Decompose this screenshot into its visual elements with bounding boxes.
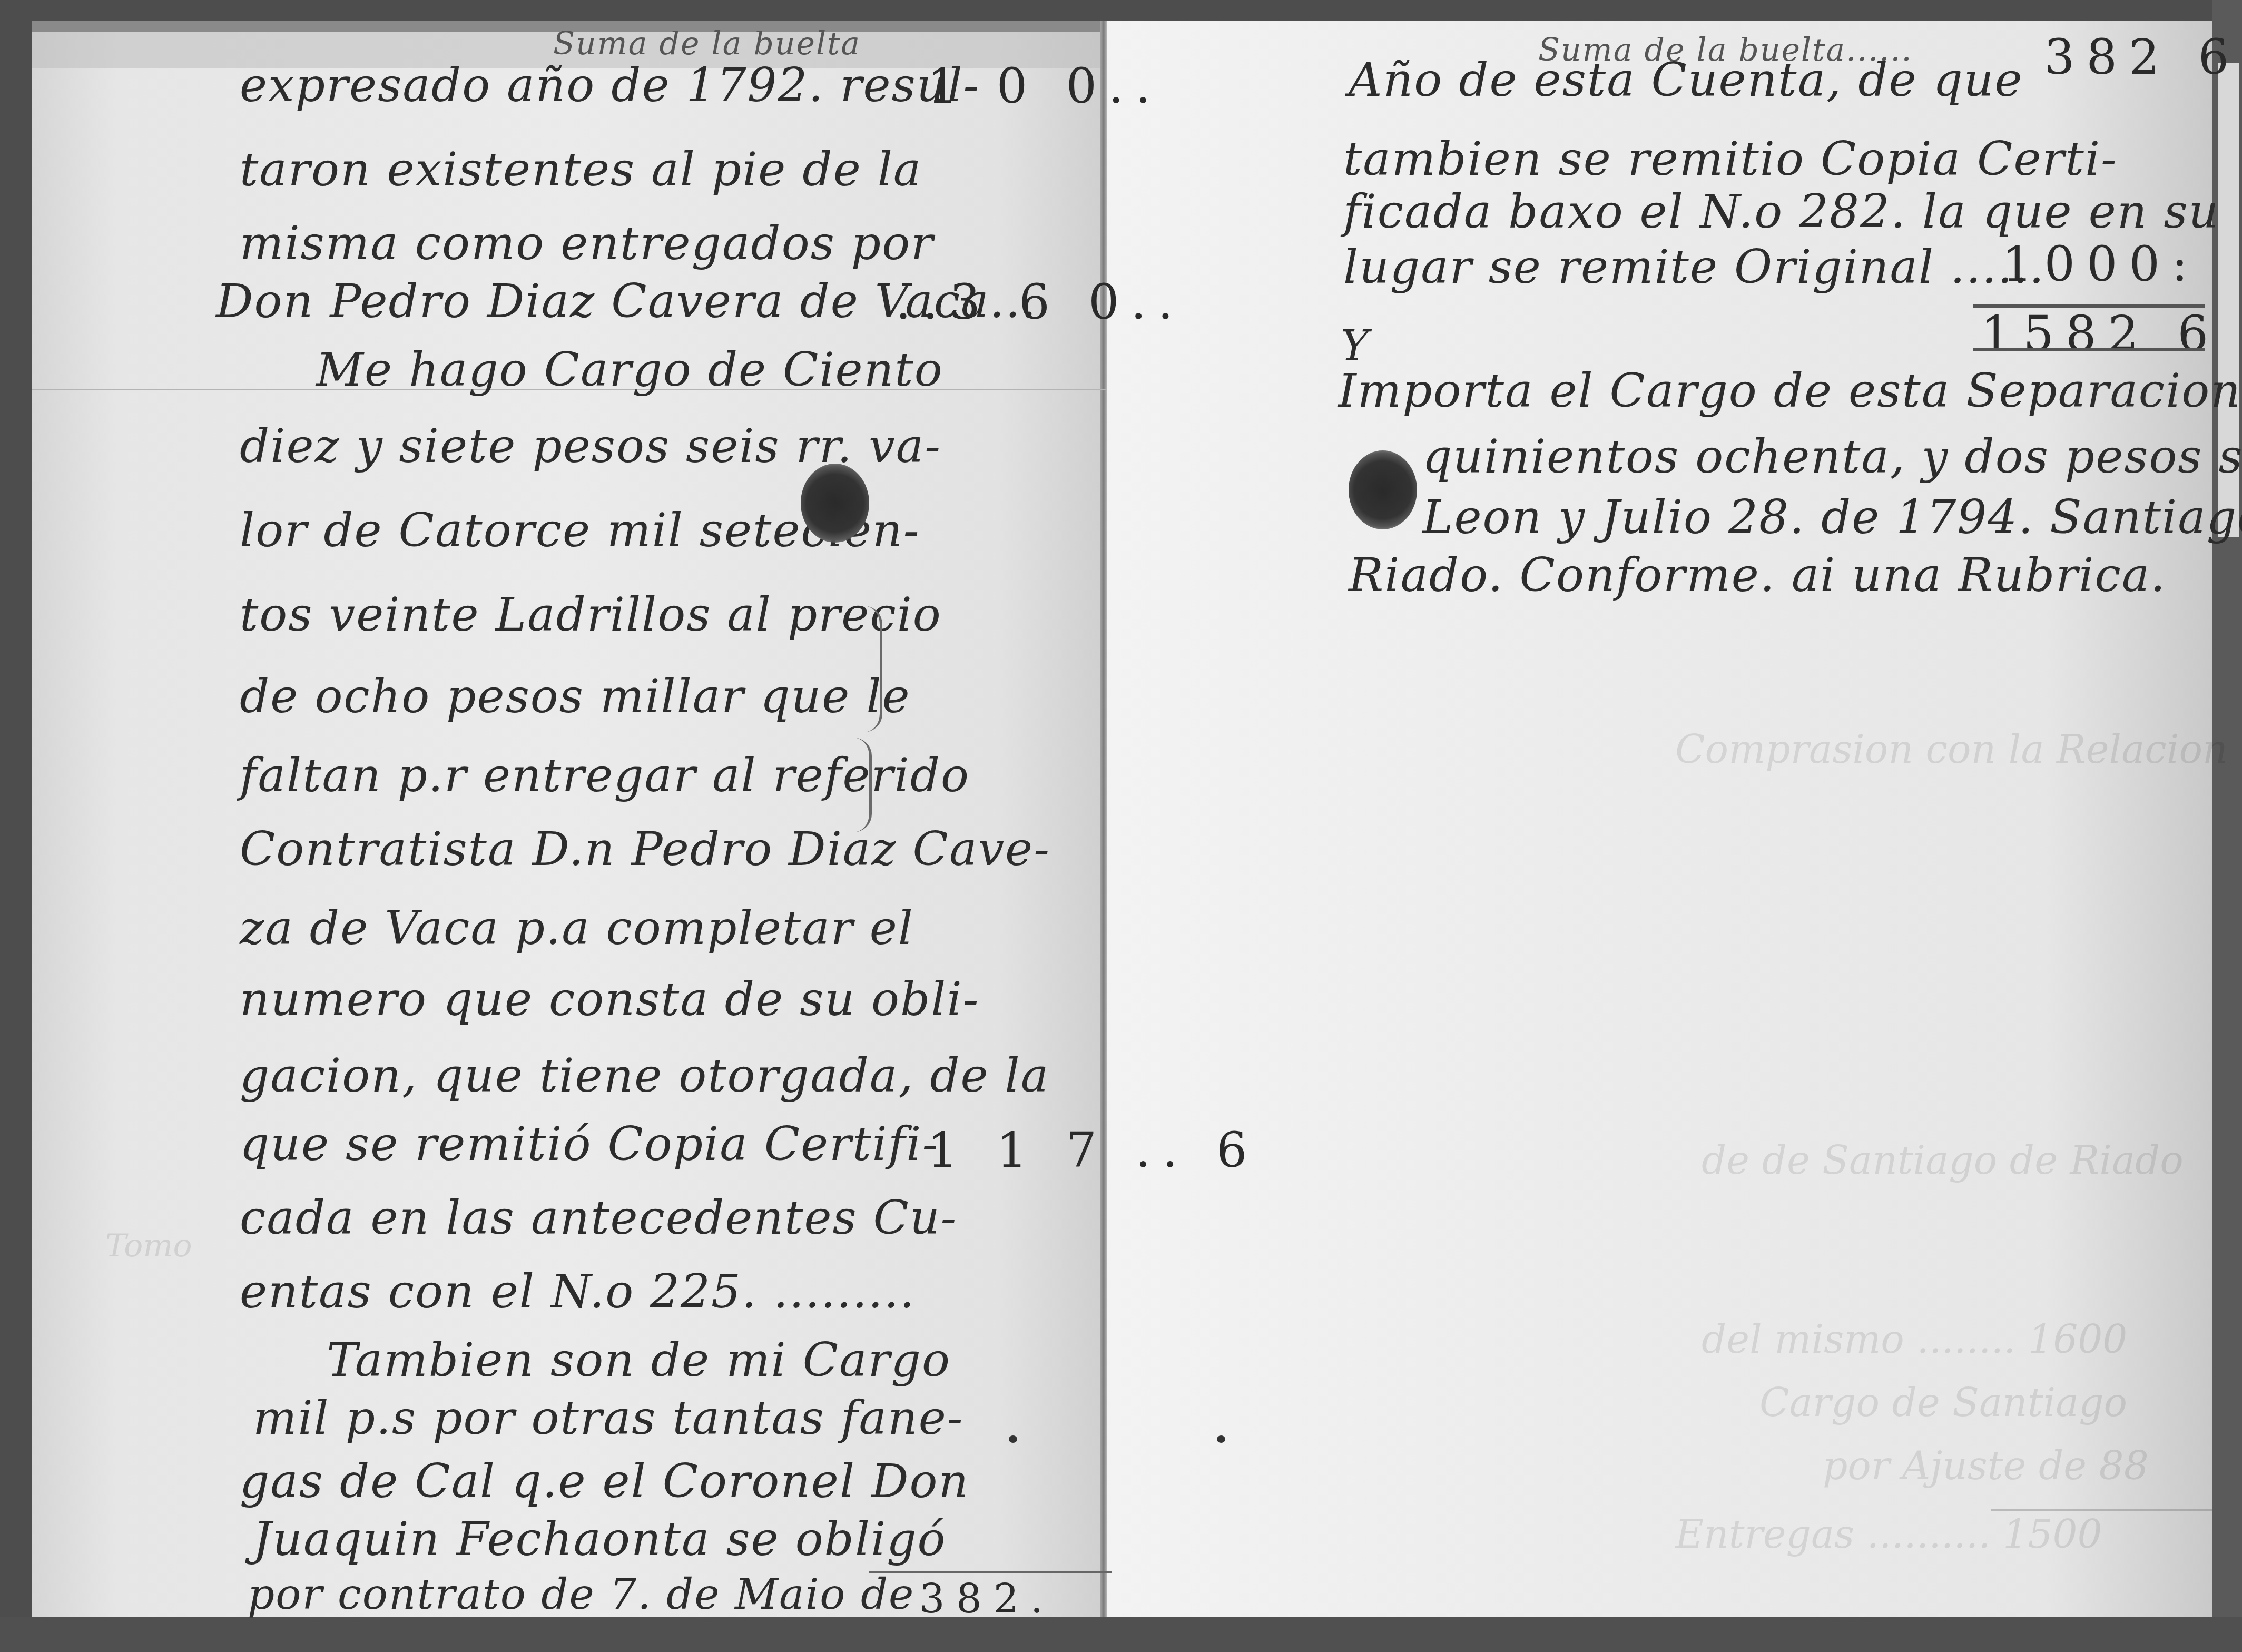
punch-hole-right xyxy=(1349,450,1417,529)
grand-total: 1582 6 xyxy=(1981,306,2220,362)
bleed-through-text: del mismo ........ 1600 xyxy=(1702,1317,2127,1362)
ink-dot-left xyxy=(1009,1435,1017,1443)
left-line: gacion, que tiene otorgada, de la xyxy=(240,1048,1049,1103)
margin-bracket xyxy=(853,737,872,832)
left-footer-total: 382. xyxy=(919,1575,1055,1622)
right-line: tambien se remitio Copia Certi- xyxy=(1343,132,2118,186)
left-amount: 1 0 0.. xyxy=(927,58,1163,114)
left-line: numero que consta de su obli- xyxy=(240,972,979,1026)
bleed-through-text: Cargo de Santiago xyxy=(1759,1380,2127,1425)
bleed-through-rule xyxy=(1991,1509,2212,1511)
sum-rule-bottom xyxy=(1973,348,2205,351)
left-margin-note: Tomo xyxy=(105,1227,192,1264)
right-line: Leon y Julio 28. de 1794. Santiago de xyxy=(1422,490,2242,544)
left-line: misma como entregados por xyxy=(240,216,934,270)
right-line: Año de esta Cuenta, de que xyxy=(1349,53,2023,107)
ink-dot-right xyxy=(1217,1435,1225,1443)
left-line: expresado año de 1792. resul- xyxy=(240,58,980,112)
left-line: entas con el N.o 225. ......... xyxy=(240,1264,916,1319)
left-line: gas de Cal q.e el Coronel Don xyxy=(240,1454,969,1508)
right-line: Importa el Cargo de esta Separacion, mil xyxy=(1338,363,2242,418)
left-line: que se remitió Copia Certifi- xyxy=(240,1117,939,1171)
right-line: lugar se remite Original ...... xyxy=(1343,240,2045,294)
margin-bracket xyxy=(864,606,882,732)
left-amount: ..3 6 0.. xyxy=(896,274,1185,330)
left-line: de ocho pesos millar que le xyxy=(240,669,911,723)
bottom-background xyxy=(0,1617,2242,1652)
left-line: Tambien son de mi Cargo xyxy=(327,1333,951,1387)
left-line: mil p.s por otras tantas fane- xyxy=(253,1391,964,1445)
left-line: por contrato de 7. de Maio de xyxy=(248,1570,914,1619)
left-line: Juaquin Fechaonta se obligó xyxy=(253,1512,947,1566)
page-gutter xyxy=(1100,21,1107,1617)
left-line: cada en las antecedentes Cu- xyxy=(240,1191,957,1245)
left-line: tos veinte Ladrillos al precio xyxy=(240,587,942,642)
left-running-head: Suma de la buelta xyxy=(553,25,861,62)
left-amount: 1 1 7 .. 6 xyxy=(927,1122,1259,1178)
punch-hole-left xyxy=(801,464,869,543)
bleed-through-text: Entregas .......... 1500 xyxy=(1675,1512,2102,1557)
carried-amount: 382 6 xyxy=(2044,29,2240,85)
left-line: taron existentes al pie de la xyxy=(240,142,922,196)
left-line: za de Vaca p.a completar el xyxy=(240,901,914,955)
original-amount: 1000: xyxy=(2002,236,2199,292)
bleed-through-text: Comprasion con la Relacion xyxy=(1675,727,2228,772)
left-line: Me hago Cargo de Ciento xyxy=(316,342,943,397)
right-line: ficada baxo el N.o 282. la que en su xyxy=(1343,184,2219,239)
manuscript-spread: Suma de la buelta expresado año de 1792.… xyxy=(0,0,2242,1652)
left-total-rule xyxy=(869,1571,1112,1573)
bleed-through-text: de de Santiago de Riado xyxy=(1702,1138,2184,1183)
left-line: Contratista D.n Pedro Diaz Cave- xyxy=(240,822,1050,876)
right-line: Riado. Conforme. ai una Rubrica. xyxy=(1349,548,2166,602)
right-line: quinientos ochenta, y dos pesos seis rr. xyxy=(1422,429,2242,484)
bleed-through-text: por Ajuste de 88 xyxy=(1823,1443,2149,1489)
